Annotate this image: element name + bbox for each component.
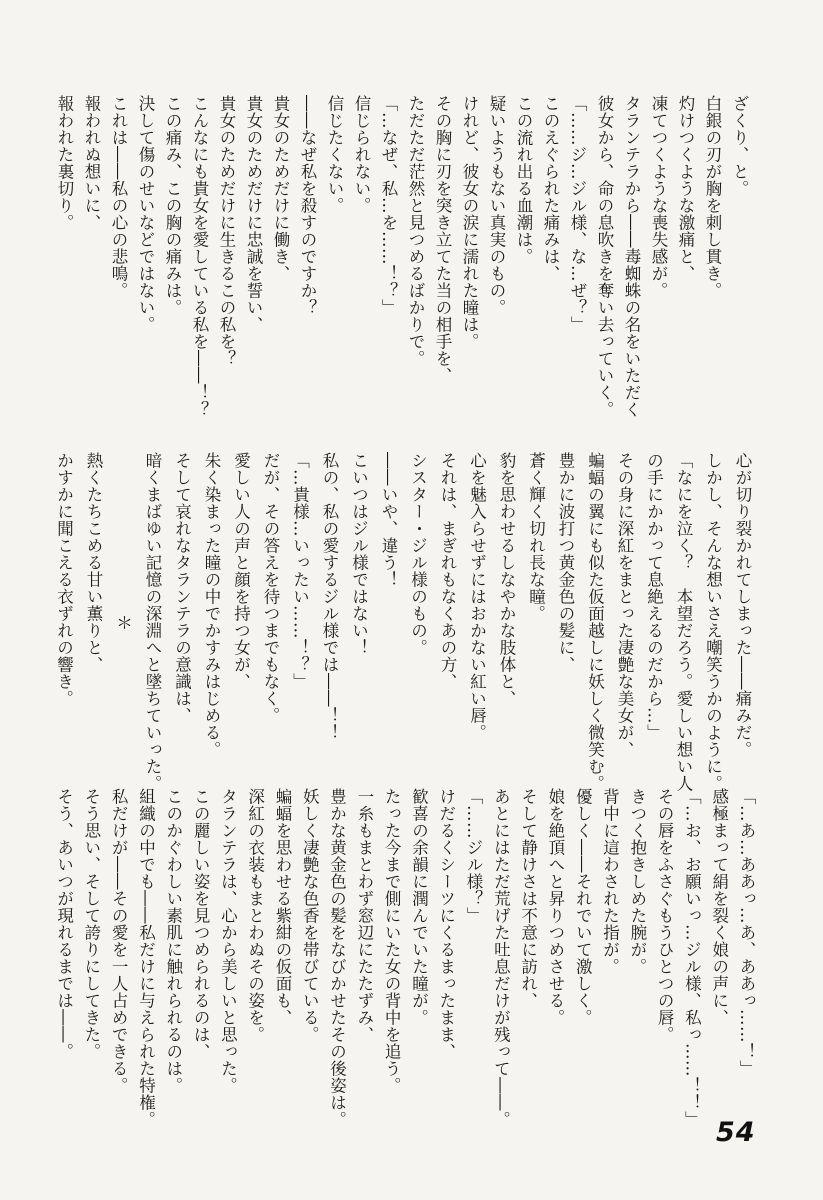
text-line: ――いや、違う！ [374,452,404,792]
text-line: 報われた裏切り。 [51,95,78,407]
text-line: 「…あ…ああっ…あ、ああっ……！」 [733,788,760,1156]
text-line: 貴女のためだけに生きるこの私を？ [213,95,240,407]
text-block-middle: 心が切り裂かれてしまった――痛みだ。しかし、そんな想いさえ嘲笑うかのように。「な… [49,452,757,792]
text-line: この麗しい姿を見つめられるのは、 [187,788,214,1156]
text-line: そして哀れなタランテラの意識は、 [167,452,197,792]
text-line: 妖しく凄艶な色香を帯びている。 [296,788,323,1156]
text-line: けれど、彼女の涙に濡れた瞳は。 [456,95,483,407]
text-line: ――なぜ私を殺すのですか？ [294,95,321,407]
text-line: そう思い、そして誇りにしてきた。 [78,788,105,1156]
text-line: 優しく――それでいて激しく。 [569,788,596,1156]
text-line: この流れ出る血潮は。 [510,95,537,407]
text-line: 深紅の衣装もまとわぬその姿を。 [241,788,268,1156]
text-line: 背中に這わされた指が。 [596,788,623,1156]
text-line: 蝙蝠を思わせる紫紺の仮面も、 [269,788,296,1156]
text-line: このえぐられた痛みは、 [537,95,564,407]
text-line: 蒼く輝く切れ長な瞳。 [521,452,551,792]
text-line: 灼けつくような激痛と、 [672,95,699,407]
text-line: 信じたくない。 [321,95,348,407]
text-line: それは、まぎれもなくあの方、 [433,452,463,792]
text-line: こんなにも貴女を愛している私を――！？ [186,95,213,407]
text-line: その身に深紅をまとった凄艶な美女が、 [610,452,640,792]
text-line: 「……ジ…ジル様、な…ぜ？」 [564,95,591,407]
text-line: けだるくシーツにくるまったまま、 [432,788,459,1156]
text-line: 報われぬ想いに、 [78,95,105,407]
text-line: タランテラから――毒蜘蛛の名をいただく [618,95,645,407]
text-line: しかし、そんな想いさえ嘲笑うかのように。 [698,452,728,792]
text-line: これは――私の心の悲鳴。 [105,95,132,407]
text-line: 「…お、お願いっ…ジル様、私っ……！！」 [678,788,705,1156]
text-line: 娘を絶頂へと昇りつめさせる。 [542,788,569,1156]
text-line: だが、その答えを待つまでもなく。 [256,452,286,792]
text-line: その胸に刃を突き立てた当の相手を、 [429,95,456,407]
text-line: ただただ茫然と見つめるばかりで。 [402,95,429,407]
section-separator: ＊ [108,452,138,792]
text-line: このかぐわしい素肌に触れられるのは。 [159,788,186,1156]
text-line: 暗くまばゆい記憶の深淵へと墜ちていった。 [138,452,168,792]
text-line: たった今まで側にいた女の背中を追う。 [378,788,405,1156]
text-line: きつく抱きしめた腕が。 [624,788,651,1156]
text-line: かすかに聞こえる衣ずれの響き。 [49,452,79,792]
text-line: 彼女から、命の息吹きを奪い去っていく。 [591,95,618,407]
text-line: 「……ジル様？」 [460,788,487,1156]
text-line: 信じられない。 [348,95,375,407]
text-line: 歓喜の余韻に潤んでいた瞳が。 [405,788,432,1156]
text-line: 一糸もまとわず窓辺にたたずみ、 [351,788,378,1156]
text-line: 組織の中でも――私だけに与えられた特権。 [132,788,159,1156]
text-line: 感極まって絹を裂く娘の声に、 [705,788,732,1156]
text-block-top: ざくり、と。白銀の刃が胸を刺し貫き。灼けつくような激痛と、凍てつくような喪失感が… [51,95,753,407]
text-line: そして静けさは不意に訪れ、 [514,788,541,1156]
text-line: 「…貴様…いったい……！？」 [285,452,315,792]
text-line: 熱くたちこめる甘い薫りと、 [79,452,109,792]
text-line: 「なにを泣く？ 本望だろう。愛しい想い人 [669,452,699,792]
text-line: そう、あいつが現れるまでは――。 [50,788,77,1156]
text-line: 貴女のためだけに忠誠を誓い、 [240,95,267,407]
scanned-page: ざくり、と。白銀の刃が胸を刺し貫き。灼けつくような激痛と、凍てつくような喪失感が… [0,0,823,1200]
text-line: 豊かな黄金色の髪をなびかせたその後姿は。 [323,788,350,1156]
text-line: の手にかかって息絶えるのだから…」 [639,452,669,792]
text-line: 白銀の刃が胸を刺し貫き。 [699,95,726,407]
text-line: こいつはジル様ではない！ [344,452,374,792]
text-line: あとにはただ荒げた吐息だけが残って――。 [487,788,514,1156]
text-line: 朱く染まった瞳の中でかすみはじめる。 [197,452,227,792]
text-line: 「…なぜ、私…を……！？」 [375,95,402,407]
text-line: その唇をふさぐもうひとつの唇。 [651,788,678,1156]
text-line: 疑いようもない真実のもの。 [483,95,510,407]
text-line: 豹を思わせるしなやかな肢体と、 [492,452,522,792]
text-line: 豊かに波打つ黄金色の髪に、 [551,452,581,792]
text-line: 私だけが――その愛を一人占めできる。 [105,788,132,1156]
text-block-bottom: 「…あ…ああっ…あ、ああっ……！」感極まって絹を裂く娘の声に、「…お、お願いっ…… [50,788,760,1156]
text-line: 凍てつくような喪失感が。 [645,95,672,407]
text-line: タランテラは、心から美しいと思った。 [214,788,241,1156]
text-line: シスター・ジル様のもの。 [403,452,433,792]
text-line: 蝙蝠の翼にも似た仮面越しに妖しく微笑む。 [580,452,610,792]
page-number: 54 [716,1117,756,1148]
text-line: 私の、私の愛するジル様では――！！ [315,452,345,792]
text-line: 決して傷のせいなどではない。 [132,95,159,407]
text-line: この痛み、この胸の痛みは。 [159,95,186,407]
text-line: ざくり、と。 [726,95,753,407]
text-line: 貴女のためだけに働き、 [267,95,294,407]
text-line: 心が切り裂かれてしまった――痛みだ。 [728,452,758,792]
text-line: 心を魅入らせずにはおかない紅い唇。 [462,452,492,792]
text-line: 愛しい人の声と顔を持つ女が、 [226,452,256,792]
